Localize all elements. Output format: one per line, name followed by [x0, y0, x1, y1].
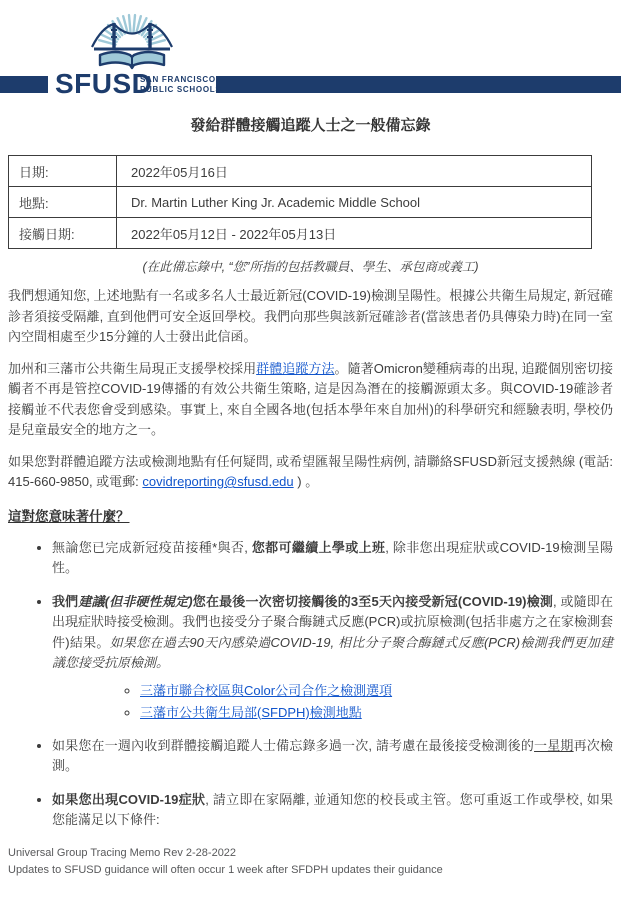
- text-segment: 如果您在過去90天內感染過COVID-19, 相比分子聚合酶鏈式反應(PCR)檢…: [52, 635, 613, 671]
- info-table: 日期: 2022年05月16日 地點: Dr. Martin Luther Ki…: [8, 155, 592, 249]
- info-row-date: 日期: 2022年05月16日: [9, 156, 592, 187]
- contact-paragraph: 如果您對群體追蹤方法或檢測地點有任何疑問, 或希望匯報呈陽性病例, 請聯絡SFU…: [8, 452, 613, 493]
- bullet-item-attendance: 無論您已完成新冠疫苗接種*與否, 您都可繼續上學或上班, 除非您出現症狀或COV…: [52, 538, 613, 579]
- bullet-item-testing: 我們建議(但非硬性規定)您在最後一次密切接觸後的3至5天內接受新冠(COVID-…: [52, 592, 613, 723]
- testing-links-list: 三藩市聯合校區與Color公司合作之檢測選項 三藩市公共衛生局部(SFDPH)檢…: [52, 680, 613, 723]
- bullet-item-symptoms: 如果您出現COVID-19症狀, 請立即在家隔離, 並通知您的校長或主管。您可重…: [52, 790, 613, 831]
- logo-name: SAN FRANCISCO PUBLIC SCHOOLS: [140, 75, 221, 94]
- page-title: 發給群體接觸追蹤人士之一般備忘錄: [8, 114, 613, 135]
- text-segment: 如果您出現COVID-19症狀: [52, 792, 205, 807]
- footer: Universal Group Tracing Memo Rev 2-28-20…: [8, 845, 613, 880]
- row-value-exposure-dates: 2022年05月12日 - 2022年05月13日: [117, 218, 592, 249]
- navy-bar-left: [0, 76, 48, 93]
- list-item-testing-options: 三藩市聯合校區與Color公司合作之檢測選項: [140, 680, 613, 701]
- text-segment: 您在最後一次密切接觸後的3至5天內接受新冠(COVID-19)檢測: [193, 594, 553, 609]
- header: SFUSD SAN FRANCISCO PUBLIC SCHOOLS: [0, 0, 621, 100]
- navy-bar-right: [216, 76, 621, 93]
- section-heading: 這對您意味著什麼？: [8, 505, 613, 525]
- group-tracing-method-link[interactable]: 群體追蹤方法: [256, 361, 334, 376]
- footer-line-2: Updates to SFUSD guidance will often occ…: [8, 862, 613, 880]
- info-row-exposure-dates: 接觸日期: 2022年05月12日 - 2022年05月13日: [9, 218, 592, 249]
- bullet-item-multiple-memos: 如果您在一週內收到群體接觸追蹤人士備忘錄多過一次, 請考慮在最後接受檢測後的一星…: [52, 736, 613, 777]
- logo-name-line2: PUBLIC SCHOOLS: [140, 85, 221, 95]
- memo-page: SFUSD SAN FRANCISCO PUBLIC SCHOOLS 發給群體接…: [0, 0, 621, 880]
- row-value-date: 2022年05月16日: [117, 156, 592, 187]
- text-segment: 加州和三藩市公共衛生局現正支援學校採用: [8, 361, 256, 376]
- sfdph-locations-link[interactable]: 三藩市公共衛生局部(SFDPH)檢測地點: [140, 705, 362, 720]
- group-tracing-paragraph: 加州和三藩市公共衛生局現正支援學校採用群體追蹤方法。隨著Omicron變種病毒的…: [8, 359, 613, 441]
- text-segment: ) 。: [294, 474, 319, 489]
- logo-acronym: SFUSD: [55, 68, 152, 100]
- bullet-list: 無論您已完成新冠疫苗接種*與否, 您都可繼續上學或上班, 除非您出現症狀或COV…: [8, 538, 613, 831]
- text-segment: 如果您在一週內收到群體接觸追蹤人士備忘錄多過一次, 請考慮在最後接受檢測後的: [52, 738, 534, 753]
- sfusd-logo-icon: [82, 3, 182, 73]
- list-item-sfdph-locations: 三藩市公共衛生局部(SFDPH)檢測地點: [140, 702, 613, 723]
- row-label-exposure-dates: 接觸日期:: [9, 218, 117, 249]
- intro-paragraph: 我們想通知您, 上述地點有一名或多名人士最近新冠(COVID-19)檢測呈陽性。…: [8, 286, 613, 348]
- bullet-text: 無論您已完成新冠疫苗接種*與否, 您都可繼續上學或上班, 除非您出現症狀或COV…: [52, 540, 613, 576]
- row-label-date: 日期:: [9, 156, 117, 187]
- text-segment: 建議(但非硬性規定): [78, 594, 192, 609]
- footer-line-1: Universal Group Tracing Memo Rev 2-28-20…: [8, 845, 613, 863]
- text-segment: 我們: [52, 594, 78, 609]
- text-segment: 一星期: [534, 738, 574, 753]
- scope-note: (在此備忘錄中, “您”所指的包括教職員、學生、承包商或義工): [8, 257, 613, 275]
- row-value-location: Dr. Martin Luther King Jr. Academic Midd…: [117, 187, 592, 218]
- covid-reporting-email-link[interactable]: covidreporting@sfusd.edu: [142, 474, 293, 489]
- text-segment: 我們想通知您, 上述地點有一名或多名人士最近新冠(COVID-19)檢測呈陽性。…: [8, 288, 613, 344]
- info-row-location: 地點: Dr. Martin Luther King Jr. Academic …: [9, 187, 592, 218]
- text-segment: 無論您已完成新冠疫苗接種*與否,: [52, 540, 252, 555]
- logo-name-line1: SAN FRANCISCO: [140, 75, 221, 85]
- bullet-text: 如果您出現COVID-19症狀, 請立即在家隔離, 並通知您的校長或主管。您可重…: [52, 792, 613, 828]
- bullet-text: 我們建議(但非硬性規定)您在最後一次密切接觸後的3至5天內接受新冠(COVID-…: [52, 594, 613, 671]
- bullet-text: 如果您在一週內收到群體接觸追蹤人士備忘錄多過一次, 請考慮在最後接受檢測後的一星…: [52, 738, 613, 774]
- text-segment: 您都可繼續上學或上班: [252, 540, 385, 555]
- testing-options-link[interactable]: 三藩市聯合校區與Color公司合作之檢測選項: [140, 683, 392, 698]
- row-label-location: 地點:: [9, 187, 117, 218]
